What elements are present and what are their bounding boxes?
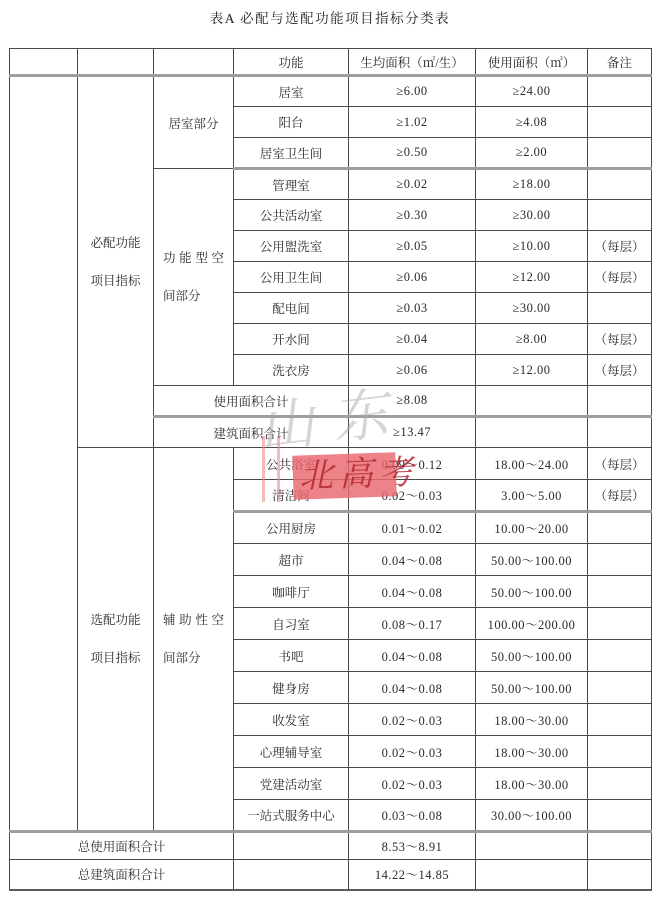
remark-cell: （每层） <box>588 480 652 512</box>
remark-cell <box>588 768 652 800</box>
usable-area-cell: ≥10.00 <box>476 231 588 262</box>
usable-area-cell: ≥30.00 <box>476 293 588 324</box>
usable-area-cell: 18.00～30.00 <box>476 736 588 768</box>
function-cell: 心理辅导室 <box>234 736 349 768</box>
usable-area-cell: ≥30.00 <box>476 200 588 231</box>
empty-cell <box>588 832 652 860</box>
empty-cell <box>588 417 652 448</box>
function-cell: 公共浴室 <box>234 448 349 480</box>
remark-cell <box>588 608 652 640</box>
per-student-cell: 0.02～0.03 <box>349 768 476 800</box>
remark-cell: （每层） <box>588 262 652 293</box>
usable-area-cell: 50.00～100.00 <box>476 544 588 576</box>
per-student-cell: ≥0.06 <box>349 262 476 293</box>
grand-total-row: 总使用面积合计 8.53～8.91 <box>10 832 652 860</box>
usable-area-cell: ≥18.00 <box>476 169 588 200</box>
empty-cell <box>476 860 588 890</box>
per-student-cell: 0.08～0.17 <box>349 608 476 640</box>
usable-area-cell: 18.00～24.00 <box>476 448 588 480</box>
table-row: 必配功能项目指标 居室部分 居室 ≥6.00 ≥24.00 <box>10 76 652 107</box>
empty-corner-cell <box>10 49 78 76</box>
remark-cell <box>588 107 652 138</box>
header-remark: 备注 <box>588 49 652 76</box>
spec-table: 功能 生均面积（㎡/生） 使用面积（㎡） 备注 必配功能项目指标 居室部分 居室… <box>9 48 652 891</box>
function-cell: 公用卫生间 <box>234 262 349 293</box>
function-cell: 居室 <box>234 76 349 107</box>
function-cell: 洗衣房 <box>234 355 349 386</box>
usable-area-cell: 50.00～100.00 <box>476 672 588 704</box>
grand-total-value: 14.22～14.85 <box>349 860 476 890</box>
grand-total-value: 8.53～8.91 <box>349 832 476 860</box>
function-cell: 公用盥洗室 <box>234 231 349 262</box>
remark-cell <box>588 169 652 200</box>
grand-total-row: 总建筑面积合计 14.22～14.85 <box>10 860 652 890</box>
per-student-cell: 0.02～0.03 <box>349 704 476 736</box>
subtotal-value: ≥13.47 <box>349 417 476 448</box>
usable-area-cell: 50.00～100.00 <box>476 640 588 672</box>
subtotal-label: 建筑面积合计 <box>154 417 349 448</box>
subtotal-value: ≥8.08 <box>349 386 476 417</box>
empty-cell <box>234 860 349 890</box>
remark-cell <box>588 672 652 704</box>
function-cell: 党建活动室 <box>234 768 349 800</box>
empty-cell <box>476 417 588 448</box>
function-cell: 公共活动室 <box>234 200 349 231</box>
function-cell: 咖啡厅 <box>234 576 349 608</box>
per-student-cell: ≥0.02 <box>349 169 476 200</box>
usable-area-cell: ≥4.08 <box>476 107 588 138</box>
per-student-cell: ≥1.02 <box>349 107 476 138</box>
remark-cell: （每层） <box>588 231 652 262</box>
function-cell: 开水间 <box>234 324 349 355</box>
per-student-cell: 0.02～0.03 <box>349 736 476 768</box>
per-student-cell: 0.04～0.08 <box>349 544 476 576</box>
per-student-cell: 0.01～0.02 <box>349 512 476 544</box>
grand-total-label: 总建筑面积合计 <box>10 860 234 890</box>
remark-cell <box>588 200 652 231</box>
usable-area-cell: ≥8.00 <box>476 324 588 355</box>
empty-cell <box>588 860 652 890</box>
remark-cell <box>588 736 652 768</box>
group-auxiliary: 辅助性空间部分 <box>154 448 234 832</box>
per-student-cell: 0.09～0.12 <box>349 448 476 480</box>
left-spacer-cell <box>10 76 78 832</box>
empty-cell <box>476 832 588 860</box>
function-cell: 健身房 <box>234 672 349 704</box>
header-per-student-area: 生均面积（㎡/生） <box>349 49 476 76</box>
category-optional: 选配功能项目指标 <box>78 448 154 832</box>
usable-area-cell: ≥2.00 <box>476 138 588 169</box>
remark-cell: （每层） <box>588 448 652 480</box>
usable-area-cell: 100.00～200.00 <box>476 608 588 640</box>
function-cell: 公用厨房 <box>234 512 349 544</box>
function-cell: 书吧 <box>234 640 349 672</box>
per-student-cell: ≥6.00 <box>349 76 476 107</box>
remark-cell <box>588 704 652 736</box>
usable-area-cell: ≥12.00 <box>476 262 588 293</box>
function-cell: 收发室 <box>234 704 349 736</box>
table-row: 选配功能项目指标 辅助性空间部分 公共浴室 0.09～0.12 18.00～24… <box>10 448 652 480</box>
group-functional: 功能型空间部分 <box>154 169 234 386</box>
usable-area-cell: 18.00～30.00 <box>476 704 588 736</box>
usable-area-cell: 18.00～30.00 <box>476 768 588 800</box>
usable-area-cell: 50.00～100.00 <box>476 576 588 608</box>
group-bedroom: 居室部分 <box>154 76 234 169</box>
per-student-cell: ≥0.03 <box>349 293 476 324</box>
empty-cell <box>234 832 349 860</box>
empty-cell <box>476 386 588 417</box>
usable-area-cell: 3.00～5.00 <box>476 480 588 512</box>
remark-cell: （每层） <box>588 355 652 386</box>
empty-cell <box>588 386 652 417</box>
per-student-cell: 0.04～0.08 <box>349 576 476 608</box>
function-cell: 管理室 <box>234 169 349 200</box>
per-student-cell: ≥0.04 <box>349 324 476 355</box>
per-student-cell: 0.04～0.08 <box>349 640 476 672</box>
function-cell: 阳台 <box>234 107 349 138</box>
function-cell: 居室卫生间 <box>234 138 349 169</box>
header-row: 功能 生均面积（㎡/生） 使用面积（㎡） 备注 <box>10 49 652 76</box>
function-cell: 配电间 <box>234 293 349 324</box>
header-function: 功能 <box>234 49 349 76</box>
per-student-cell: 0.03～0.08 <box>349 800 476 832</box>
usable-area-cell: ≥24.00 <box>476 76 588 107</box>
per-student-cell: ≥0.50 <box>349 138 476 169</box>
per-student-cell: ≥0.05 <box>349 231 476 262</box>
grand-total-label: 总使用面积合计 <box>10 832 234 860</box>
remark-cell <box>588 544 652 576</box>
remark-cell <box>588 138 652 169</box>
remark-cell <box>588 76 652 107</box>
empty-corner-cell <box>78 49 154 76</box>
remark-cell <box>588 576 652 608</box>
usable-area-cell: ≥12.00 <box>476 355 588 386</box>
remark-cell <box>588 800 652 832</box>
usable-area-cell: 30.00～100.00 <box>476 800 588 832</box>
empty-corner-cell <box>154 49 234 76</box>
per-student-cell: 0.04～0.08 <box>349 672 476 704</box>
function-cell: 一站式服务中心 <box>234 800 349 832</box>
remark-cell <box>588 640 652 672</box>
usable-area-cell: 10.00～20.00 <box>476 512 588 544</box>
category-required: 必配功能项目指标 <box>78 76 154 448</box>
per-student-cell: 0.02～0.03 <box>349 480 476 512</box>
remark-cell: （每层） <box>588 324 652 355</box>
remark-cell <box>588 512 652 544</box>
page-title: 表A 必配与选配功能项目指标分类表 <box>0 7 660 27</box>
function-cell: 自习室 <box>234 608 349 640</box>
per-student-cell: ≥0.06 <box>349 355 476 386</box>
remark-cell <box>588 293 652 324</box>
function-cell: 清洁间 <box>234 480 349 512</box>
function-cell: 超市 <box>234 544 349 576</box>
per-student-cell: ≥0.30 <box>349 200 476 231</box>
subtotal-label: 使用面积合计 <box>154 386 349 417</box>
header-usable-area: 使用面积（㎡） <box>476 49 588 76</box>
